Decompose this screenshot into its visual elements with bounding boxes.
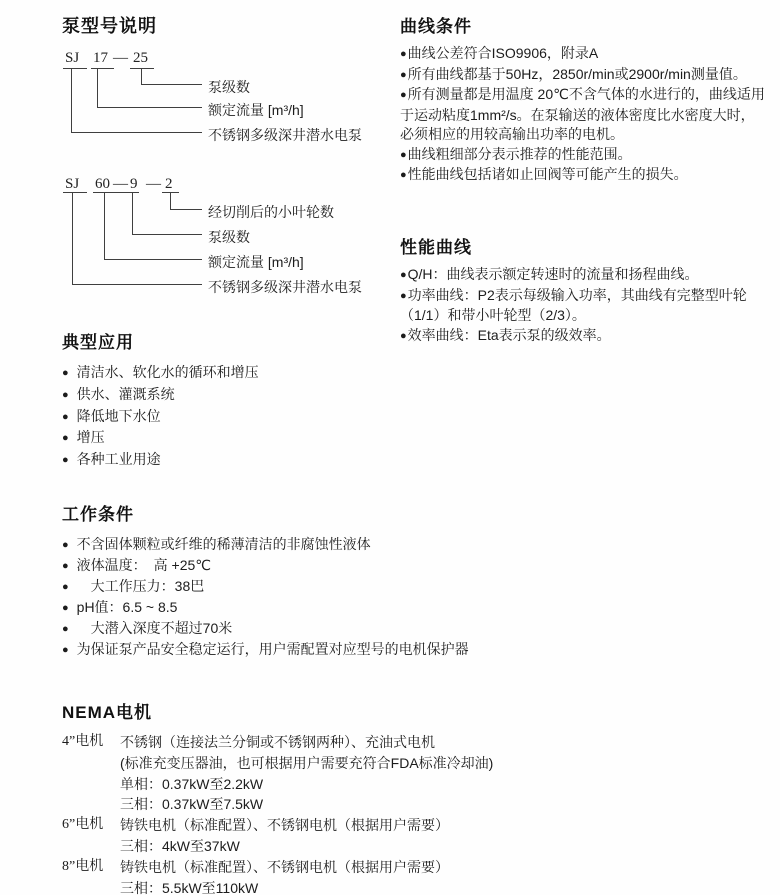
model-code-diagram-1: SJ 17 — 25 泵级数 额定流量 [m³/h] 不锈钢多级深井潜水电泵 [62, 50, 392, 154]
list-item-text: 增压 [77, 429, 105, 445]
motor-spec-line: (标准充变压器油，也可根据用户需要充符合FDA标准冷却油) [120, 753, 722, 774]
list-item-text: 为保证泵产品安全稳定运行，用户需配置对应型号的电机保护器 [77, 641, 469, 657]
list-item: ●液体温度： 高 +25℃ [62, 555, 707, 576]
list-item-text: 所有曲线都基于50Hz，2850r/min或2900r/min测量值。 [408, 66, 747, 82]
list-item-text: pH值：6.5 ~ 8.5 [77, 599, 178, 615]
motor-spec-line: 铸铁电机（标准配置）、不锈钢电机（根据用户需要） [120, 815, 722, 836]
section-working-conditions: 工作条件 ●不含固体颗粒或纤维的稀薄清洁的非腐蚀性液体 ●液体温度： 高 +25… [62, 500, 707, 660]
motor-spec-line: 三相：4kW至37kW [120, 836, 722, 857]
bullet-icon: ● [400, 169, 407, 181]
list-item: ●所有曲线都基于50Hz，2850r/min或2900r/min测量值。 [400, 65, 768, 86]
nema-motors-title: NEMA电机 [62, 698, 722, 723]
list-item-text: 清洁水、软化水的循环和增压 [77, 364, 259, 380]
code-token-25: 25 [133, 50, 148, 67]
list-item: ● 大工作压力：38巴 [62, 576, 707, 597]
working-conditions-title: 工作条件 [62, 500, 707, 525]
section-pump-model: 泵型号说明 [62, 12, 392, 38]
section-nema-motors: NEMA电机 4”电机 不锈钢（连接法兰分铜或不锈钢两种）、充油式电机 (标准充… [62, 698, 722, 895]
code-token-9: 9 [130, 176, 138, 193]
list-item-text: 大工作压力：38巴 [77, 578, 205, 594]
model-code-diagram-2: SJ 60 — 9 — 2 经切削后的小叶轮数 泵级数 额定流量 [m³/h] … [62, 176, 392, 300]
diagram-label-stages: 泵级数 [208, 227, 250, 247]
motor-spec-lines: 铸铁电机（标准配置）、不锈钢电机（根据用户需要） 三相：5.5kW至110kW [120, 857, 722, 895]
list-item-text: 曲线公差符合ISO9906，附录A [408, 45, 599, 61]
connector-line [71, 68, 202, 133]
motor-size-label: 8”电机 [62, 857, 120, 895]
list-item: ●不含固体颗粒或纤维的稀薄清洁的非腐蚀性液体 [62, 534, 707, 555]
bullet-icon: ● [400, 69, 407, 81]
code-token-17: 17 [93, 50, 108, 67]
connector-line [72, 192, 202, 285]
list-item: ●各种工业用途 [62, 449, 402, 471]
bullet-icon: ● [400, 290, 407, 302]
diagram-label-pump: 不锈钢多级深井潜水电泵 [208, 125, 362, 145]
performance-curves-list: ●Q/H：曲线表示额定转速时的流量和扬程曲线。 ●功率曲线：P2表示每级输入功率… [400, 265, 768, 346]
list-item-text: 液体温度： 高 +25℃ [77, 557, 211, 573]
bullet-icon: ● [400, 48, 407, 60]
code-token-dash2: — [146, 176, 161, 193]
bullet-icon: ● [62, 602, 69, 614]
code-token-2: 2 [165, 176, 173, 193]
code-token-60: 60 [95, 176, 110, 193]
performance-curves-title: 性能曲线 [400, 233, 768, 258]
list-item: ●Q/H：曲线表示额定转速时的流量和扬程曲线。 [400, 265, 768, 286]
bullet-icon: ● [62, 539, 69, 551]
motor-spec-line: 铸铁电机（标准配置）、不锈钢电机（根据用户需要） [120, 857, 722, 878]
document-page: 泵型号说明 SJ 17 — 25 泵级数 额定流量 [m³/h] 不锈钢多级深井… [0, 0, 780, 895]
list-item-text: 降低地下水位 [77, 408, 161, 424]
motor-size-label: 4”电机 [62, 732, 120, 815]
list-item: ●清洁水、软化水的循环和增压 [62, 362, 402, 384]
bullet-icon: ● [62, 560, 69, 572]
nema-row-4inch: 4”电机 不锈钢（连接法兰分铜或不锈钢两种）、充油式电机 (标准充变压器油，也可… [62, 732, 722, 815]
list-item: ●效率曲线：Eta表示泵的级效率。 [400, 326, 768, 347]
motor-spec-line: 单相：0.37kW至2.2kW [120, 774, 722, 795]
list-item-text: 所有测量都是用温度 20℃不含气体的水进行的，曲线适用于运动粘度1mm²/s。在… [400, 86, 765, 142]
list-item: ●所有测量都是用温度 20℃不含气体的水进行的，曲线适用于运动粘度1mm²/s。… [400, 85, 768, 145]
list-item-text: 不含固体颗粒或纤维的稀薄清洁的非腐蚀性液体 [77, 536, 371, 552]
list-item-text: 大潜入深度不超过70米 [77, 620, 233, 636]
code-token-dash1: — [113, 176, 128, 193]
section-typical-applications: 典型应用 ●清洁水、软化水的循环和增压 ●供水、灌溉系统 ●降低地下水位 ●增压… [62, 328, 402, 471]
bullet-icon: ● [62, 432, 69, 444]
diagram-label-flow: 额定流量 [m³/h] [208, 252, 304, 272]
motor-size-label: 6”电机 [62, 815, 120, 857]
section-curve-conditions: 曲线条件 ●曲线公差符合ISO9906，附录A ●所有曲线都基于50Hz，285… [400, 12, 768, 186]
bullet-icon: ● [62, 623, 69, 635]
code-token-dash: — [113, 50, 128, 67]
bullet-icon: ● [400, 149, 407, 161]
motor-spec-line: 三相：5.5kW至110kW [120, 878, 722, 895]
list-item: ●功率曲线：P2表示每级输入功率，其曲线有完整型叶轮（1/1）和带小叶轮型（2/… [400, 286, 768, 326]
list-item-text: 效率曲线：Eta表示泵的级效率。 [408, 327, 611, 343]
list-item: ●供水、灌溉系统 [62, 384, 402, 406]
list-item-text: 供水、灌溉系统 [77, 386, 175, 402]
list-item: ●降低地下水位 [62, 406, 402, 428]
list-item-text: 性能曲线包括诸如止回阀等可能产生的损失。 [408, 166, 688, 182]
code-token-sj: SJ [65, 176, 79, 193]
bullet-icon: ● [62, 411, 69, 423]
bullet-icon: ● [62, 454, 69, 466]
diagram-label-flow: 额定流量 [m³/h] [208, 100, 304, 120]
motor-spec-lines: 不锈钢（连接法兰分铜或不锈钢两种）、充油式电机 (标准充变压器油，也可根据用户需… [120, 732, 722, 815]
list-item-text: 各种工业用途 [77, 451, 161, 467]
curve-conditions-list: ●曲线公差符合ISO9906，附录A ●所有曲线都基于50Hz，2850r/mi… [400, 44, 768, 186]
diagram-label-stages: 泵级数 [208, 77, 250, 97]
list-item: ● 大潜入深度不超过70米 [62, 618, 707, 639]
list-item: ●增压 [62, 427, 402, 449]
list-item-text: 曲线粗细部分表示推荐的性能范围。 [408, 146, 632, 162]
diagram-label-trimmed-impellers: 经切削后的小叶轮数 [208, 202, 334, 222]
motor-spec-line: 三相：0.37kW至7.5kW [120, 794, 722, 815]
nema-motor-table: 4”电机 不锈钢（连接法兰分铜或不锈钢两种）、充油式电机 (标准充变压器油，也可… [62, 732, 722, 895]
nema-row-6inch: 6”电机 铸铁电机（标准配置）、不锈钢电机（根据用户需要） 三相：4kW至37k… [62, 815, 722, 857]
list-item: ●性能曲线包括诸如止回阀等可能产生的损失。 [400, 165, 768, 186]
diagram-label-pump: 不锈钢多级深井潜水电泵 [208, 277, 362, 297]
typical-applications-title: 典型应用 [62, 328, 402, 353]
motor-spec-line: 不锈钢（连接法兰分铜或不锈钢两种）、充油式电机 [120, 732, 722, 753]
bullet-icon: ● [400, 89, 407, 101]
code-token-sj: SJ [65, 50, 79, 67]
bullet-icon: ● [62, 389, 69, 401]
section-performance-curves: 性能曲线 ●Q/H：曲线表示额定转速时的流量和扬程曲线。 ●功率曲线：P2表示每… [400, 233, 768, 346]
list-item: ●曲线公差符合ISO9906，附录A [400, 44, 768, 65]
bullet-icon: ● [400, 269, 407, 281]
list-item-text: Q/H：曲线表示额定转速时的流量和扬程曲线。 [408, 266, 699, 282]
list-item: ●为保证泵产品安全稳定运行，用户需配置对应型号的电机保护器 [62, 639, 707, 660]
list-item: ●pH值：6.5 ~ 8.5 [62, 597, 707, 618]
typical-applications-list: ●清洁水、软化水的循环和增压 ●供水、灌溉系统 ●降低地下水位 ●增压 ●各种工… [62, 362, 402, 471]
curve-conditions-title: 曲线条件 [400, 12, 768, 37]
list-item-text: 功率曲线：P2表示每级输入功率，其曲线有完整型叶轮（1/1）和带小叶轮型（2/3… [400, 287, 747, 324]
bullet-icon: ● [62, 581, 69, 593]
bullet-icon: ● [62, 367, 69, 379]
working-conditions-list: ●不含固体颗粒或纤维的稀薄清洁的非腐蚀性液体 ●液体温度： 高 +25℃ ● 大… [62, 534, 707, 660]
pump-model-title: 泵型号说明 [62, 12, 392, 38]
nema-row-8inch: 8”电机 铸铁电机（标准配置）、不锈钢电机（根据用户需要） 三相：5.5kW至1… [62, 857, 722, 895]
motor-spec-lines: 铸铁电机（标准配置）、不锈钢电机（根据用户需要） 三相：4kW至37kW [120, 815, 722, 857]
bullet-icon: ● [62, 644, 69, 656]
list-item: ●曲线粗细部分表示推荐的性能范围。 [400, 145, 768, 166]
